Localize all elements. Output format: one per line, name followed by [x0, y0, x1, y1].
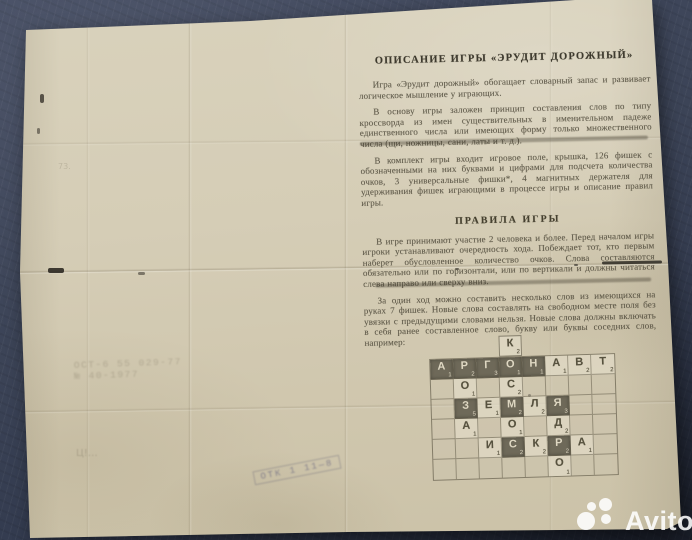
tile-value: 2 — [586, 368, 590, 374]
letter-tile: О1 — [501, 417, 525, 438]
tile-value: 2 — [471, 372, 475, 378]
tile-letter: А — [571, 436, 593, 449]
tile-value: 2 — [517, 349, 521, 355]
grid-cell — [592, 394, 616, 415]
rules-heading: ПРАВИЛА ИГРЫ — [362, 211, 654, 229]
avito-logo-icon — [574, 495, 624, 531]
tile-value: 2 — [541, 409, 545, 415]
letter-tile: К2 — [498, 335, 522, 357]
letter-tile: Е1 — [477, 398, 501, 419]
tile-letter: С — [502, 438, 524, 451]
letter-tile: В2 — [568, 355, 592, 376]
letter-tile: З5 — [454, 398, 478, 419]
tile-letter: В — [568, 356, 590, 369]
tile-value: 1 — [540, 369, 544, 375]
tile-value: 2 — [566, 449, 570, 455]
tile-value: 1 — [519, 430, 523, 436]
tile-letter: Г — [476, 359, 498, 372]
tile-value: 1 — [563, 369, 567, 375]
tile-letter: Д — [547, 417, 569, 430]
tile-value: 1 — [473, 432, 477, 438]
grid-cell — [594, 454, 618, 475]
letter-tile: Г3 — [476, 358, 500, 379]
grid-cell — [502, 457, 526, 478]
grid-cell — [569, 375, 593, 396]
letter-tile: Р2 — [453, 358, 477, 379]
tile-letter: К — [499, 337, 521, 350]
intro-paragraph-1: Игра «Эрудит дорожный» обогащает словарн… — [359, 73, 651, 101]
grid-cell — [571, 455, 595, 476]
avito-watermark-label: Avito — [625, 508, 692, 535]
tile-letter: С — [500, 378, 522, 391]
letter-tile: Н1 — [522, 356, 546, 377]
grid-cell — [456, 438, 480, 459]
letter-tile: М2 — [500, 397, 524, 418]
grid-cell — [431, 399, 455, 420]
tile-letter: А — [430, 360, 452, 373]
tile-value: 1 — [589, 448, 593, 454]
tile-value: 1 — [472, 392, 476, 398]
tile-value: 1 — [448, 372, 452, 378]
tile-letter: А — [455, 419, 477, 432]
tile-letter: Я — [546, 397, 568, 410]
paper-speck — [40, 94, 44, 103]
tile-letter: М — [500, 398, 522, 411]
tile-letter: Л — [523, 397, 545, 410]
tile-letter: Р — [453, 360, 475, 373]
tile-letter: И — [479, 439, 501, 452]
grid-cell — [433, 439, 457, 460]
document-text: ОПИСАНИЕ ИГРЫ «ЭРУДИТ ДОРОЖНЫЙ» Игра «Эр… — [358, 49, 657, 354]
tile-value: 2 — [518, 390, 522, 396]
tile-letter: А — [545, 357, 567, 370]
pencil-mark-top: 73. — [58, 162, 71, 171]
letter-tile: К2 — [525, 436, 549, 457]
tile-value: 3 — [494, 371, 498, 377]
grid-cell — [569, 395, 593, 416]
paper-speck — [138, 272, 145, 275]
grid-cell — [592, 374, 616, 395]
instruction-sheet: ОПИСАНИЕ ИГРЫ «ЭРУДИТ ДОРОЖНЫЙ» Игра «Эр… — [0, 0, 692, 540]
grid-cell — [431, 379, 455, 400]
grid-cell — [594, 434, 618, 455]
tile-value: 2 — [610, 367, 614, 373]
tile-value: 1 — [495, 411, 499, 417]
tile-letter: З — [454, 399, 476, 412]
grid-cell — [546, 376, 570, 397]
tile-letter: О — [454, 379, 476, 392]
tile-value: 2 — [565, 429, 569, 435]
grid-cell — [433, 459, 457, 480]
page-title: ОПИСАНИЕ ИГРЫ «ЭРУДИТ ДОРОЖНЫЙ» — [358, 49, 650, 67]
paper-speck — [37, 128, 40, 134]
tile-value: 2 — [543, 449, 547, 455]
paper-shadow: ОПИСАНИЕ ИГРЫ «ЭРУДИТ ДОРОЖНЫЙ» Игра «Эр… — [0, 0, 692, 540]
letter-tile: О1 — [548, 456, 572, 477]
tile-letter: О — [501, 418, 523, 431]
letter-tile: А1 — [571, 435, 595, 456]
letter-tile: А1 — [545, 356, 569, 377]
tile-letter: Т — [591, 355, 614, 368]
tile-value: 2 — [520, 450, 524, 456]
tile-letter: Р — [548, 437, 570, 450]
letter-tile: И1 — [479, 438, 503, 459]
grid-cell — [456, 458, 480, 479]
tile-value: 1 — [566, 470, 570, 476]
tile-value: 3 — [564, 409, 568, 415]
avito-watermark: Avito — [574, 495, 692, 531]
grid-cell — [570, 415, 594, 436]
tile-letter: К — [525, 437, 547, 450]
letter-tile: Р2 — [548, 436, 572, 457]
tile-letter: О — [499, 358, 521, 371]
paper-tear-mark — [48, 268, 64, 273]
letter-tile: О1 — [499, 357, 523, 378]
letter-tile: Я3 — [546, 396, 570, 417]
gost-stamp-line2: № 40-1977 — [74, 367, 182, 382]
grid-cell — [524, 416, 548, 437]
intro-paragraph-3: В комплект игры входит игровое поле, кры… — [360, 149, 653, 209]
letter-tile: Л2 — [523, 396, 547, 417]
letter-tile: С2 — [502, 437, 526, 458]
tile-letter: О — [548, 457, 570, 470]
grid-cell — [432, 419, 456, 440]
tile-value: 1 — [517, 370, 521, 376]
gost-stamp: ОСТ-6 55 029-77 № 40-1977 — [74, 356, 183, 382]
letter-tile: С2 — [500, 377, 524, 398]
tile-value: 5 — [472, 412, 476, 418]
letter-tile: Т2 — [591, 354, 615, 375]
grid-cell — [479, 458, 503, 479]
letter-tile: А1 — [430, 359, 454, 380]
letter-tile: А1 — [455, 418, 479, 439]
tile-letter: Н — [522, 357, 544, 370]
tile-value: 2 — [518, 410, 522, 416]
pencil-mark-bottom: Ц!… — [76, 448, 98, 459]
crossword-example: А1Р2Г3О1Н1А1В2Т2О1С2З5Е1М2Л2Я3А1О1Д2И1С2… — [429, 353, 619, 481]
grid-cell — [593, 414, 617, 435]
grid-cell — [478, 418, 502, 439]
tile-letter: Е — [477, 399, 499, 412]
photo-scene: ОПИСАНИЕ ИГРЫ «ЭРУДИТ ДОРОЖНЫЙ» Игра «Эр… — [0, 0, 692, 540]
letter-tile: Д2 — [547, 416, 571, 437]
grid-cell — [525, 456, 549, 477]
letter-tile: О1 — [454, 378, 478, 399]
grid-cell — [523, 376, 547, 397]
crossword-grid: А1Р2Г3О1Н1А1В2Т2О1С2З5Е1М2Л2Я3А1О1Д2И1С2… — [429, 353, 619, 481]
tile-value: 1 — [497, 451, 501, 457]
otk-stamp: ОТК 1 11—8 — [252, 455, 341, 486]
grid-cell — [477, 378, 501, 399]
